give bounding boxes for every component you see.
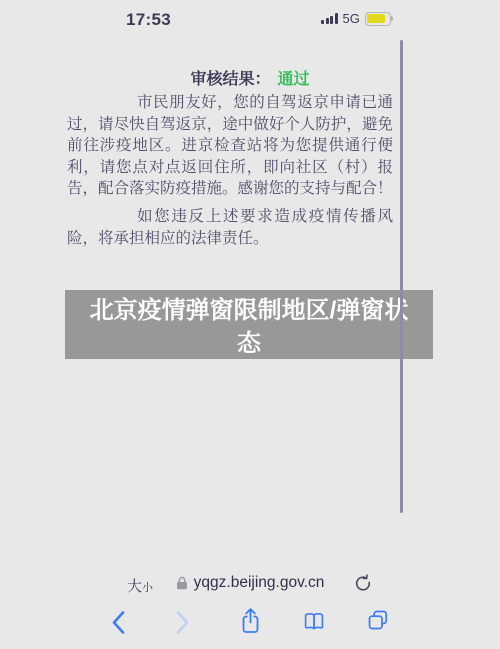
bookmarks-icon [304,611,324,631]
reload-button[interactable] [354,574,372,592]
tabs-icon [368,610,388,630]
notice-paragraph: 市民朋友好，您的自驾返京申请已通过，请尽快自驾返京，途中做好个人防护，避免前往涉… [67,92,393,200]
address-bar-url: yqgz.beijing.gov.cn [194,574,325,592]
scrollbar[interactable] [400,40,403,513]
notice-paragraph: 如您违反上述要求造成疫情传播风险，将承担相应的法律责任。 [67,206,393,249]
safari-mobile-window: 17:53 5G 审核结果：通过 市民朋友好，您的自驾返京申请已通过，请尽快自驾… [0,0,500,649]
reload-icon [354,574,372,592]
notice-text: 市民朋友好，您的自驾返京申请已通过，请尽快自驾返京，途中做好个人防护，避免前往涉… [67,92,393,255]
page-headline: 北京疫情弹窗限制地区/弹窗状 态 [65,290,433,359]
back-button[interactable] [111,610,126,635]
status-bar-right-cluster: 5G [321,11,391,26]
bookmarks-button[interactable] [304,611,324,631]
network-type-label: 5G [343,11,360,26]
battery-icon [365,12,391,26]
forward-button[interactable] [175,610,190,635]
share-button[interactable] [241,607,260,635]
review-result-line: 审核结果：通过 [0,66,500,89]
cellular-signal-icon [321,13,338,24]
forward-icon [175,610,190,635]
address-bar[interactable]: yqgz.beijing.gov.cn [0,574,500,592]
lock-icon [176,576,188,590]
headline-line: 北京疫情弹窗限制地区/弹窗状 [65,294,433,327]
review-result-label: 审核结果： [190,71,270,88]
status-bar-clock: 17:53 [126,10,171,30]
share-icon [241,607,260,635]
tabs-button[interactable] [368,610,388,630]
review-status-value: 通过 [278,71,310,88]
back-icon [111,610,126,635]
headline-line: 态 [65,327,433,360]
